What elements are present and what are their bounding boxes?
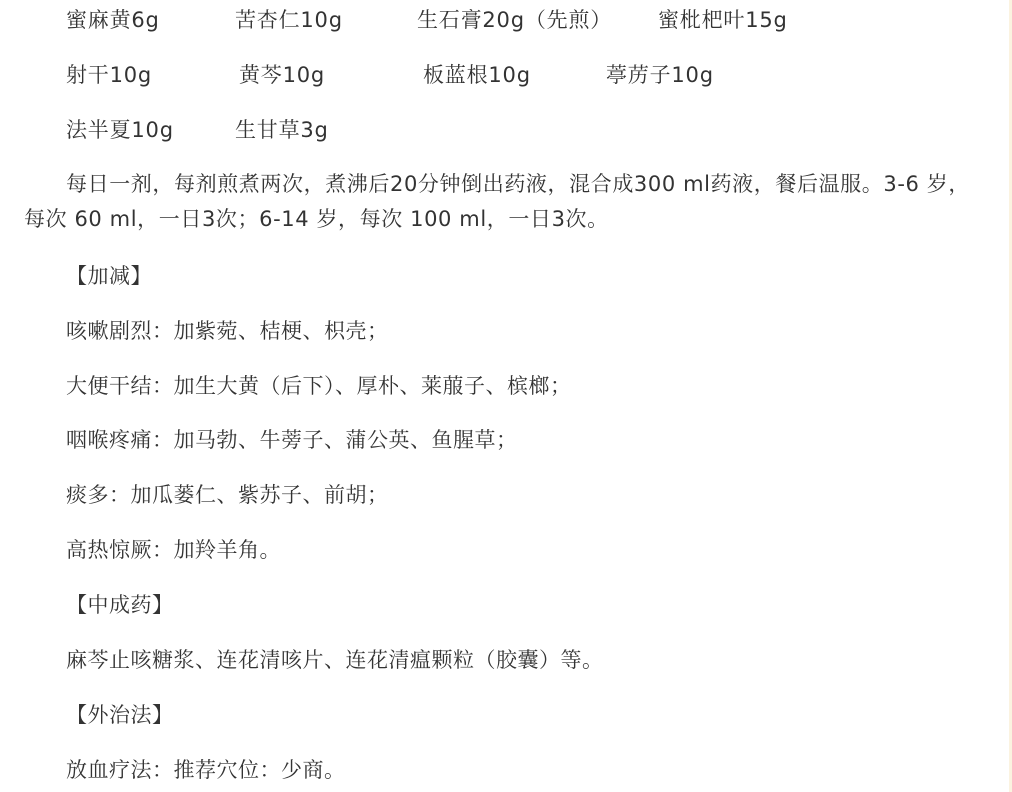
- section-heading-patent-medicine: 【中成药】: [66, 591, 174, 619]
- modification-item: 痰多：加瓜蒌仁、紫苏子、前胡；: [66, 481, 389, 509]
- section-heading-external-treatment: 【外治法】: [66, 701, 174, 729]
- herb-item: 黄芩10g: [239, 61, 325, 89]
- external-treatment-text: 放血疗法：推荐穴位：少商。: [66, 756, 346, 784]
- herb-item: 法半夏10g: [66, 116, 174, 144]
- herb-item: 蜜麻黄6g: [66, 6, 160, 34]
- usage-paragraph: 每日一剂，每剂煎煮两次，煮沸后20分钟倒出药液，混合成300 ml药液，餐后温服…: [24, 167, 990, 237]
- herb-item: 生甘草3g: [235, 116, 329, 144]
- section-heading-modification: 【加减】: [66, 262, 152, 290]
- herb-item: 射干10g: [66, 61, 152, 89]
- herb-item: 苦杏仁10g: [235, 6, 343, 34]
- modification-item: 咳嗽剧烈：加紫菀、桔梗、枳壳；: [66, 317, 389, 345]
- herb-item: 蜜枇杷叶15g: [658, 6, 788, 34]
- modification-item: 大便干结：加生大黄（后下）、厚朴、莱菔子、槟榔；: [66, 372, 572, 400]
- modification-item: 咽喉疼痛：加马勃、牛蒡子、蒲公英、鱼腥草；: [66, 426, 518, 454]
- modification-item: 高热惊厥：加羚羊角。: [66, 536, 281, 564]
- herb-item: 板蓝根10g: [423, 61, 531, 89]
- herb-item: 生石膏20g（先煎）: [417, 6, 612, 34]
- patent-medicine-text: 麻芩止咳糖浆、连花清咳片、连花清瘟颗粒（胶囊）等。: [66, 646, 604, 674]
- herb-item: 葶苈子10g: [606, 61, 714, 89]
